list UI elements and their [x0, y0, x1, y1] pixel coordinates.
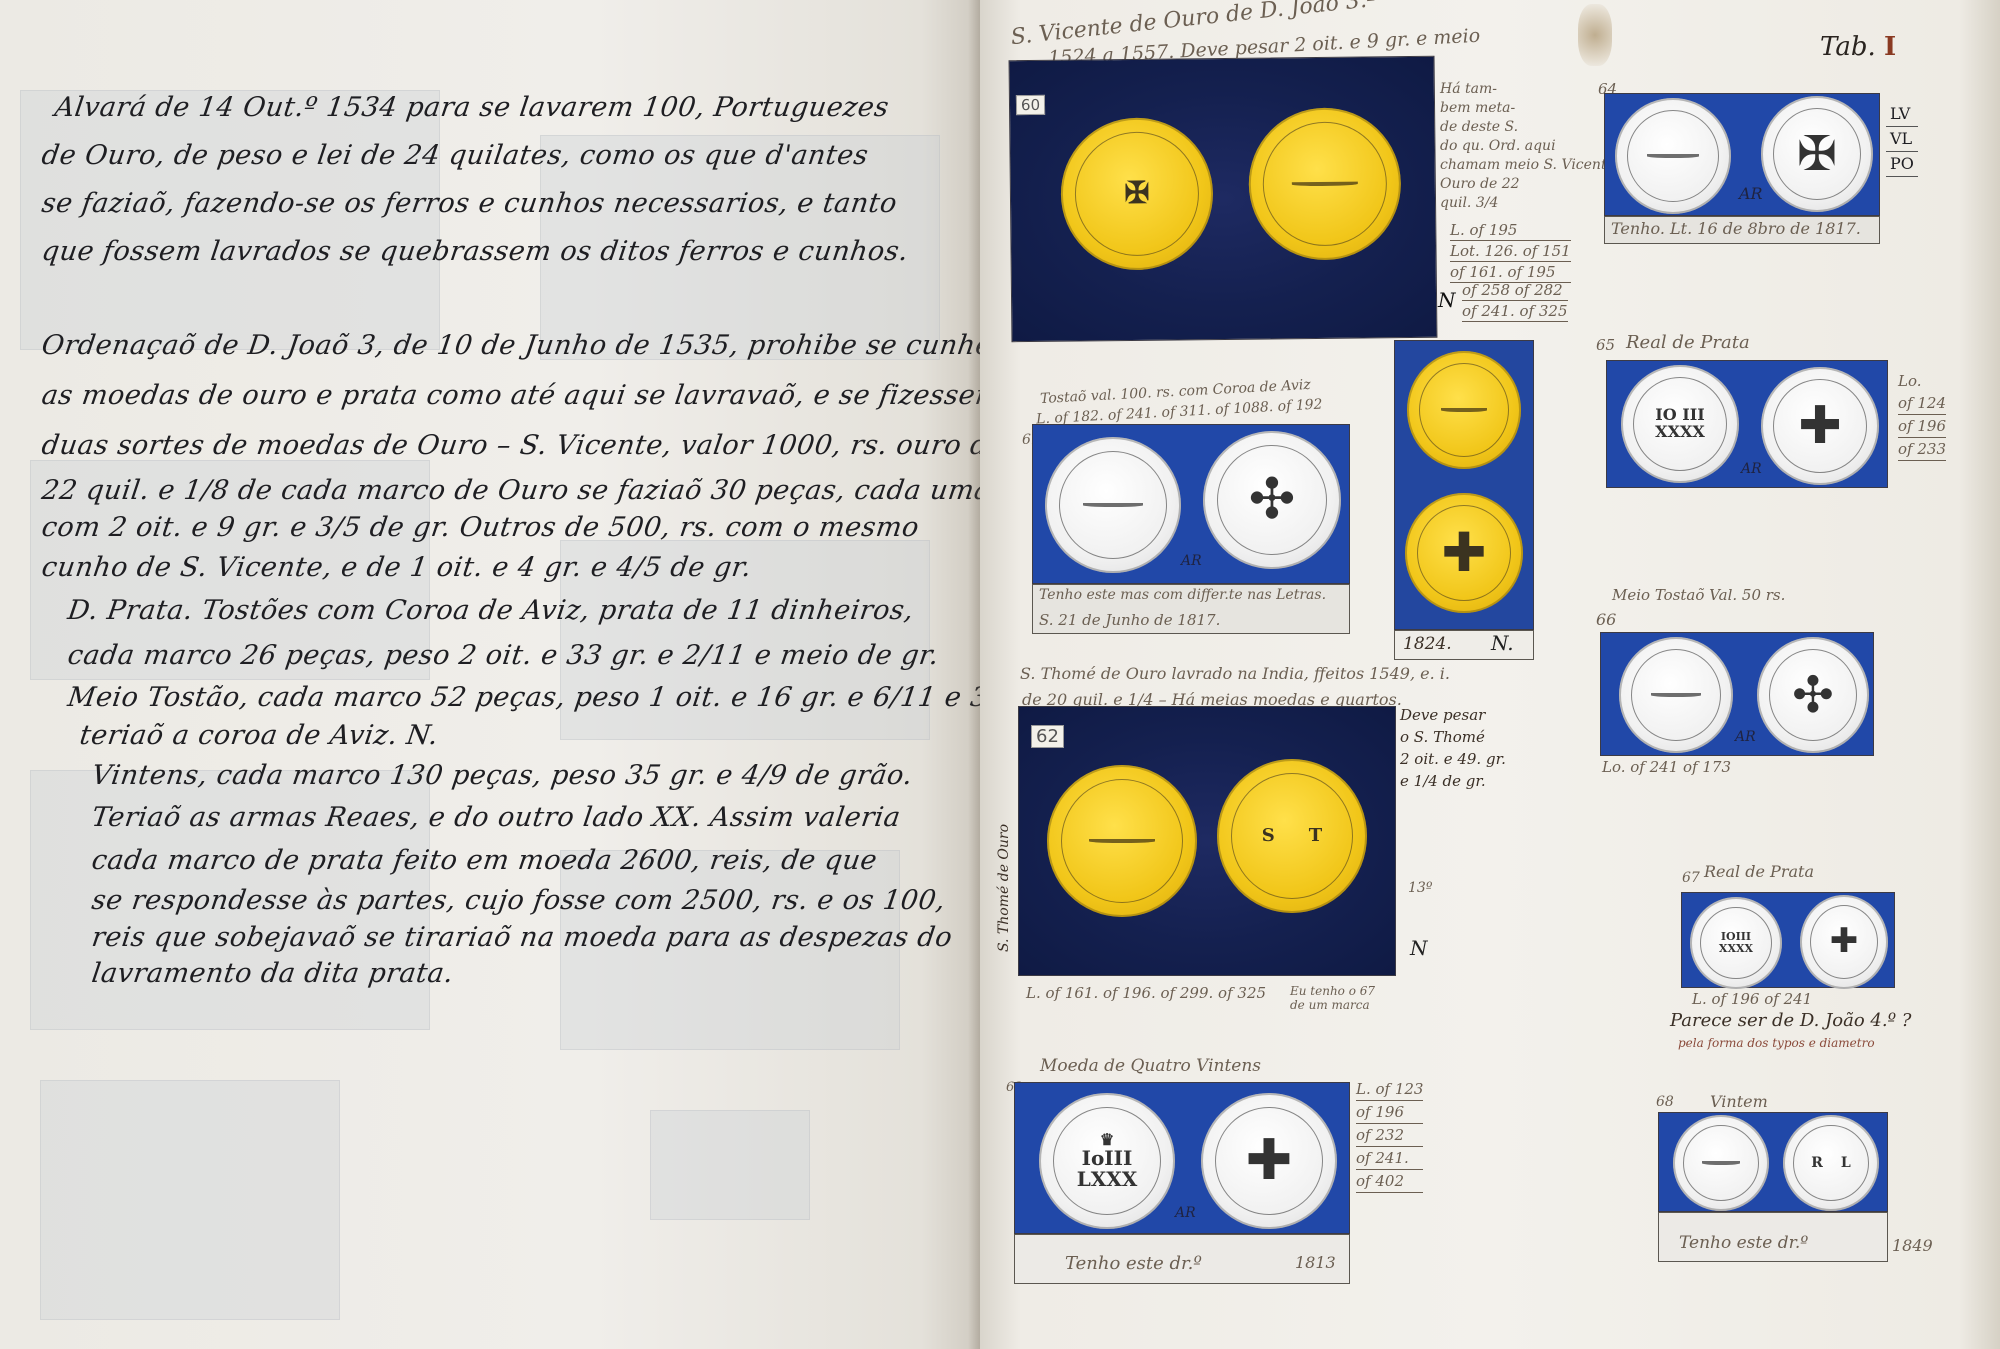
weight-line: of 196: [1898, 415, 1946, 438]
weights-line: L. of 196 of 241: [1692, 990, 1812, 1008]
field-line: XXXX: [1719, 943, 1753, 955]
coin-panel-64: ✠ AR: [1604, 93, 1880, 216]
text-line: de Ouro, de peso e lei de 24 quilates, c…: [40, 140, 871, 171]
note-line: e 1/4 de gr.: [1400, 770, 1506, 792]
text-line: que fossem lavrados se quebrassem os dit…: [40, 236, 911, 267]
weight-line: of 124: [1898, 392, 1946, 415]
cross-icon: ✚: [1830, 924, 1859, 960]
coin-reverse-silver: ✣: [1757, 637, 1869, 753]
caption-text: S. 21 de Junho de 1817.: [1039, 611, 1220, 629]
denomination-text: ♛ IoIII LXXX: [1077, 1132, 1138, 1191]
panel-title: Real de Prata: [1704, 862, 1814, 881]
text-line: reis que sobejavaõ se tirariaõ na moeda …: [90, 922, 955, 953]
text-line: as moedas de ouro e prata como até aqui …: [40, 380, 980, 411]
cross-of-christ-icon: ✠: [1797, 129, 1837, 179]
panel-title: Vintem: [1710, 1092, 1768, 1111]
weight-line: of 241. of 325: [1462, 301, 1568, 322]
coat-of-arms-icon: [1045, 503, 1181, 507]
weight-line: of 241.: [1356, 1147, 1423, 1170]
text-line: 22 quil. e 1/8 de cada marco de Ouro se …: [40, 475, 980, 506]
text-line: Meio Tostão, cada marco 52 peças, peso 1…: [66, 682, 980, 713]
text-line: cada marco de prata feito em moeda 2600,…: [90, 845, 879, 876]
attribution-note: Parece ser de D. João 4.º ?: [1670, 1010, 1911, 1031]
header-note: S. Thomé de Ouro lavrado na India, ffeit…: [1020, 664, 1450, 683]
text-line: teriaõ a coroa de Aviz. N.: [78, 720, 441, 751]
note-line: de um marca: [1290, 998, 1375, 1012]
coin-reverse-gold: S T: [1217, 759, 1367, 913]
weight-line: of 258 of 282: [1462, 280, 1568, 301]
panel-number: 65: [1596, 336, 1615, 354]
metal-mark: N: [1410, 936, 1428, 960]
text-line: cada marco 26 peças, peso 2 oit. e 33 gr…: [66, 640, 941, 671]
coin-panel-65: IO III XXXX ✚ AR: [1606, 360, 1888, 488]
plate-label: Tab. I: [1820, 32, 1896, 62]
metal-mark: AR: [1175, 1205, 1196, 1221]
coat-of-arms-icon: [1047, 839, 1197, 843]
coin-panel-60: 60 ✠: [1009, 56, 1438, 342]
note-line: de deste S.: [1440, 118, 1615, 137]
caption-box: 1824. N.: [1394, 630, 1534, 660]
note-line: Ouro de 22: [1440, 175, 1615, 194]
note-line: 2 oit. e 49. gr.: [1400, 748, 1506, 770]
metal-mark: AR: [1741, 461, 1762, 477]
text-line: Teriaõ as armas Reaes, e do outro lado X…: [90, 802, 903, 833]
note-line: o S. Thomé: [1400, 726, 1506, 748]
denomination-text: IOIII XXXX: [1719, 931, 1753, 954]
weights-tail: Eu tenho o 67 de um marca: [1290, 984, 1375, 1012]
coin-obverse-silver: ♛ IoIII LXXX: [1039, 1093, 1175, 1229]
coat-of-arms-icon: [1615, 154, 1731, 158]
monogram-field: R L: [1811, 1156, 1850, 1171]
coin-panel-vertical-gold: ✚: [1394, 340, 1534, 630]
panel-number: 67: [1682, 870, 1700, 886]
coin-obverse-silver: [1619, 637, 1733, 753]
weights-list: L. of 123 of 196 of 232 of 241. of 402: [1356, 1078, 1423, 1193]
panel-title: Real de Prata: [1626, 332, 1750, 353]
coin-reverse-silver: R L: [1783, 1115, 1879, 1211]
coin-panel-62: 62 S T: [1018, 706, 1396, 976]
weight-line: of 402: [1356, 1170, 1423, 1193]
st-thomas-field: S T: [1262, 827, 1322, 846]
caption-year: 1813: [1295, 1253, 1336, 1272]
text-line: se faziaõ, fazendo-se os ferros e cunhos…: [40, 188, 899, 219]
coin-obverse-gold: [1407, 351, 1521, 469]
metal-mark: N: [1438, 288, 1456, 312]
caption-text: Tenho. Lt. 16 de 8bro de 1817.: [1611, 219, 1861, 238]
coin-obverse-silver: [1615, 98, 1731, 214]
field-letter: R: [1811, 1156, 1823, 1171]
note-line: Deve pesar: [1400, 704, 1506, 726]
table-cell: LV: [1886, 102, 1918, 127]
metal-mark: N.: [1491, 631, 1514, 655]
cross-icon: ✚: [1441, 525, 1486, 582]
field-line: XXXX: [1655, 424, 1705, 441]
panel-number: 68: [1656, 1094, 1674, 1110]
field-line: LXXX: [1077, 1169, 1138, 1190]
text-line: lavramento da dita prata.: [90, 958, 456, 989]
offset-ghost: [650, 1110, 810, 1220]
panel-title: Meio Tostaõ Val. 50 rs.: [1612, 586, 1785, 604]
coin-panel-66: ✣ AR: [1600, 632, 1874, 756]
field-line: IoIII: [1077, 1148, 1138, 1169]
offset-ghost: [20, 90, 440, 350]
text-line: Vintens, cada marco 130 peças, peso 35 g…: [90, 760, 915, 791]
margin-note: S. Thomé de Ouro: [996, 824, 1012, 952]
note-line: Eu tenho o 67: [1290, 984, 1375, 998]
caption-text: Tenho este mas com differ.te nas Letras.: [1039, 587, 1326, 603]
caption-box: Tenho este mas com differ.te nas Letras.…: [1032, 584, 1350, 634]
metal-mark: AR: [1735, 729, 1756, 745]
coat-of-arms-icon: [1407, 408, 1521, 412]
side-table: LV VL PO: [1886, 102, 1918, 177]
text-line: cunho de S. Vicente, e de 1 oit. e 4 gr.…: [40, 552, 754, 583]
panel-number: 62: [1031, 725, 1064, 748]
note-line: Há tam-: [1440, 80, 1615, 99]
note-line: chamam meio S. Vicente: [1440, 156, 1615, 175]
table-cell: VL: [1886, 127, 1918, 152]
coin-panel-63: ♛ IoIII LXXX ✚ AR: [1014, 1082, 1350, 1234]
coin-obverse-silver: IO III XXXX: [1621, 365, 1739, 483]
field-letter: L: [1841, 1156, 1851, 1171]
saint-figure-icon: ✠: [1124, 178, 1149, 210]
coin-obverse-silver: [1673, 1115, 1769, 1211]
note-line: bem meta-: [1440, 99, 1615, 118]
fleury-cross-icon: ✣: [1249, 471, 1296, 530]
metal-mark: AR: [1181, 553, 1202, 569]
note-line: do qu. Ord. aqui: [1440, 137, 1615, 156]
coin-reverse-gold: [1248, 107, 1402, 261]
text-line: Alvará de 14 Out.º 1534 para se lavarem …: [53, 92, 891, 123]
fleury-cross-icon: ✣: [1792, 669, 1834, 722]
caption-year: 1849: [1892, 1236, 1933, 1255]
field-letter: T: [1309, 827, 1322, 846]
weights-list: L. of 195 Lot. 126. of 151 of 161. of 19…: [1450, 220, 1571, 283]
coin-reverse-gold: ✚: [1405, 493, 1523, 613]
offset-ghost: [40, 1080, 340, 1320]
weight-line: Lo.: [1898, 370, 1946, 392]
note-line: quil. 3/4: [1440, 194, 1615, 213]
coin-reverse-silver: ✚: [1201, 1093, 1337, 1229]
weights-line: L. of 161. of 196. of 299. of 325: [1026, 984, 1266, 1002]
weight-line: of 233: [1898, 438, 1946, 461]
coin-reverse-silver: ✚: [1761, 367, 1879, 485]
cross-icon: ✚: [1798, 399, 1842, 454]
coin-obverse-silver: [1045, 437, 1181, 573]
coin-panel-61: ✣ AR: [1032, 424, 1350, 584]
caption-text: Tenho este dr.º: [1679, 1233, 1808, 1253]
panel-number: 60: [1016, 95, 1045, 115]
plate-number: I: [1884, 32, 1896, 62]
coin-panel-68: R L: [1658, 1112, 1888, 1212]
text-line: se respondesse às partes, cujo fosse com…: [90, 885, 948, 916]
coin-reverse-silver: ✣: [1203, 431, 1341, 569]
coin-panel-67: IOIII XXXX ✚: [1681, 892, 1895, 988]
coin-obverse-gold: ✠: [1060, 117, 1214, 271]
weights-list: of 258 of 282 of 241. of 325: [1462, 280, 1568, 322]
coat-of-arms-icon: [1673, 1161, 1769, 1165]
weight-line: Lot. 126. of 151: [1450, 241, 1571, 262]
coin-reverse-silver: ✠: [1761, 96, 1873, 212]
text-line: duas sortes de moedas de Ouro – S. Vicen…: [40, 430, 980, 461]
coin-obverse-silver: IOIII XXXX: [1690, 897, 1782, 989]
weight-line: L. of 195: [1450, 220, 1571, 241]
caption-text: Tenho este dr.º: [1065, 1253, 1202, 1274]
plate-label-text: Tab.: [1820, 32, 1876, 62]
paper-stain: [1578, 4, 1612, 66]
coat-of-arms-icon: [1619, 693, 1733, 697]
panel-number: 66: [1596, 610, 1616, 629]
table-cell: PO: [1886, 152, 1918, 177]
weight-line: of 232: [1356, 1124, 1423, 1147]
weights-line: Lo. of 241 of 173: [1602, 758, 1731, 776]
side-mark: 13º: [1408, 880, 1432, 896]
caption-box: Tenho. Lt. 16 de 8bro de 1817.: [1604, 216, 1880, 244]
left-page: Alvará de 14 Out.º 1534 para se lavarem …: [0, 0, 980, 1349]
metal-mark: AR: [1739, 184, 1763, 203]
text-line: D. Prata. Tostões com Coroa de Aviz, pra…: [66, 595, 916, 626]
side-notes: Há tam- bem meta- de deste S. do qu. Ord…: [1440, 80, 1615, 213]
field-letter: S: [1262, 827, 1275, 846]
side-notes: Deve pesar o S. Thomé 2 oit. e 49. gr. e…: [1400, 704, 1506, 792]
weights-list: Lo. of 124 of 196 of 233: [1898, 370, 1946, 461]
weight-line: of 196: [1356, 1101, 1423, 1124]
caption-box: Tenho este dr.º: [1658, 1212, 1888, 1262]
cross-icon: ✚: [1246, 1132, 1293, 1191]
attribution-note: pela forma dos typos e diametro: [1678, 1036, 1875, 1050]
weight-line: L. of 123: [1356, 1078, 1423, 1101]
coin-reverse-silver: ✚: [1800, 895, 1888, 989]
text-line: Ordenaçaõ de D. Joaõ 3, de 10 de Junho d…: [40, 330, 980, 361]
text-line: com 2 oit. e 9 gr. e 3/5 de gr. Outros d…: [40, 512, 921, 543]
open-manuscript-book: Alvará de 14 Out.º 1534 para se lavarem …: [0, 0, 2000, 1349]
coin-obverse-gold: [1047, 765, 1197, 917]
caption-box: Tenho este dr.º 1813: [1014, 1234, 1350, 1284]
caption-text: 1824.: [1403, 634, 1452, 654]
right-page: S. Vicente de Ouro de D. João 3.º 1524 a…: [980, 0, 2000, 1349]
panel-title: Moeda de Quatro Vintens: [1040, 1056, 1261, 1076]
denomination-text: IO III XXXX: [1655, 407, 1705, 441]
